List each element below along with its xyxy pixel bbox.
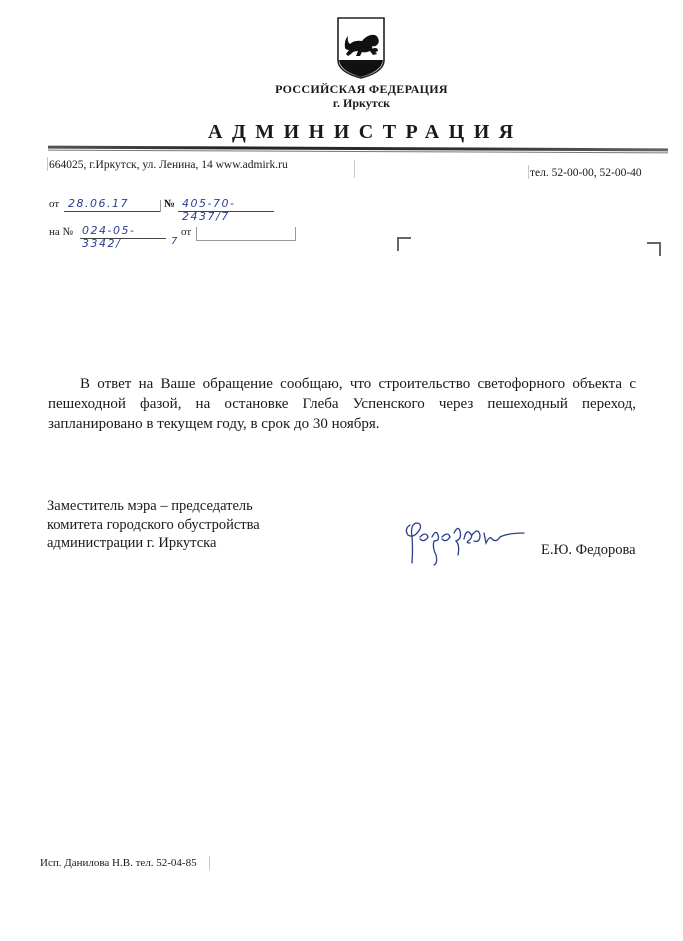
in-reply-number-suffix: 7 [171,236,179,247]
organization-phones: тел. 52-00-00, 52-00-40 [530,167,642,179]
position-line-2: комитета городского обустройства [47,516,260,535]
from-date-field: 28.06.17 [64,197,160,212]
handwritten-signature [400,515,530,575]
from-date-label: от [49,198,59,210]
executor-margin-mark [209,856,210,870]
addressee-corner-top-left [397,237,411,251]
margin-mark [47,157,48,171]
signatory-position: Заместитель мэра – председатель комитета… [47,497,260,553]
organization-title: АДМИНИСТРАЦИЯ [208,121,523,144]
signatory-name: Е.Ю. Федорова [541,542,636,559]
outgoing-number-field: 405-70-2437/7 [178,197,274,212]
in-reply-date-label: от [181,226,191,238]
in-reply-number-field: 024-05-3342/ [80,224,166,239]
addressee-corner-top-right [647,242,661,256]
country-name: РОССИЙСКАЯ ФЕДЕРАЦИЯ [0,82,683,97]
in-reply-label: на № [49,226,73,238]
outgoing-number-label: № [164,198,175,210]
position-line-3: администрации г. Иркутска [47,534,260,553]
letter-body: В ответ на Ваше обращение сообщаю, что с… [48,374,636,434]
in-reply-date-field [196,227,296,241]
city-name: г. Иркутск [0,96,683,111]
in-reply-number-value: 024-05-3342/ [82,224,166,250]
phones-separator [528,165,529,179]
field-tick [160,200,161,212]
from-date-value: 28.06.17 [68,197,129,210]
coat-of-arms-icon [336,16,386,80]
address-separator [354,160,355,178]
organization-address: 664025, г.Иркутск, ул. Ленина, 14 www.ad… [49,159,288,171]
executor-info: Исп. Данилова Н.В. тел. 52-04-85 [40,857,197,869]
position-line-1: Заместитель мэра – председатель [47,497,260,516]
outgoing-number-value: 405-70-2437/7 [182,197,274,223]
